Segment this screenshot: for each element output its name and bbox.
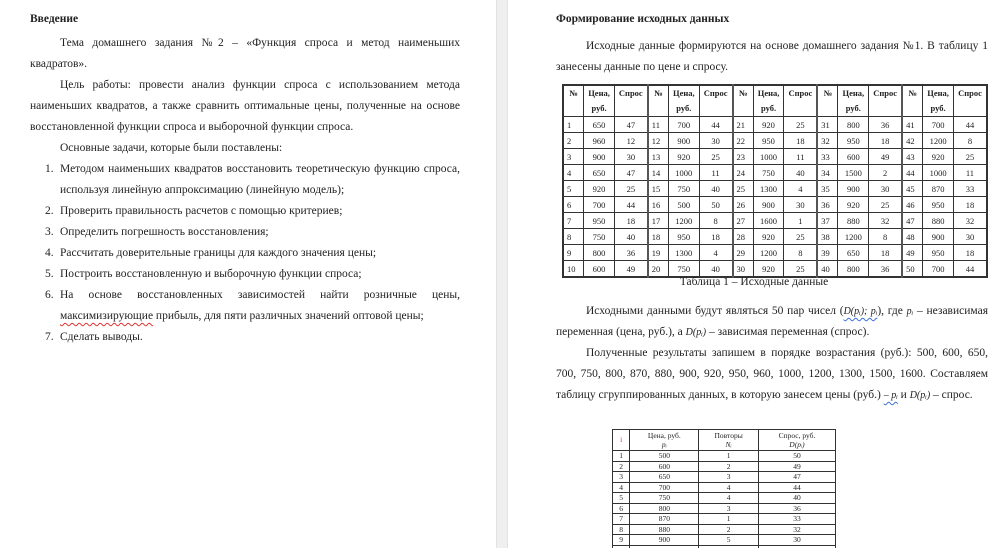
cell-price: 650 bbox=[838, 245, 869, 261]
page-separator bbox=[496, 0, 508, 548]
column-header-demand: Спрос bbox=[699, 85, 732, 117]
section-heading-introduction: Введение bbox=[30, 13, 78, 25]
cell-price: 920 bbox=[753, 117, 784, 133]
cell-number: 3 bbox=[563, 149, 584, 165]
cell-number: 13 bbox=[648, 149, 669, 165]
column-header-demand: Спрос bbox=[953, 85, 987, 117]
paragraph-source-data-intro: Исходные данные формируются на основе до… bbox=[556, 36, 988, 78]
table-cell: 3 bbox=[699, 472, 759, 483]
cell-price: 920 bbox=[753, 229, 784, 245]
cell-price: 900 bbox=[923, 229, 954, 245]
cell-demand: 12 bbox=[614, 133, 647, 149]
table-row: 39003013920252310001133600494392025 bbox=[563, 149, 987, 165]
cell-price: 500 bbox=[668, 197, 699, 213]
cell-demand: 44 bbox=[953, 261, 987, 278]
cell-number: 45 bbox=[902, 181, 923, 197]
task-number: 7. bbox=[45, 327, 54, 348]
table-cell: 600 bbox=[630, 461, 699, 472]
cell-number: 37 bbox=[817, 213, 838, 229]
cell-price: 700 bbox=[668, 117, 699, 133]
cell-demand: 11 bbox=[699, 165, 732, 181]
cell-demand: 36 bbox=[869, 261, 902, 278]
table-cell: 500 bbox=[630, 451, 699, 462]
cell-demand: 50 bbox=[699, 197, 732, 213]
table-row: 2960121290030229501832950184212008 bbox=[563, 133, 987, 149]
cell-demand: 18 bbox=[869, 133, 902, 149]
cell-demand: 47 bbox=[614, 165, 647, 181]
cell-demand: 47 bbox=[614, 117, 647, 133]
cell-demand: 18 bbox=[784, 133, 817, 149]
task-number: 4. bbox=[45, 243, 54, 264]
task-item: 1.Методом наименьших квадратов восстанов… bbox=[30, 159, 460, 201]
paragraph-pairs: Исходными данными будут являться 50 пар … bbox=[556, 301, 988, 343]
cell-demand: 8 bbox=[699, 213, 732, 229]
cell-demand: 25 bbox=[953, 149, 987, 165]
cell-price: 700 bbox=[923, 117, 954, 133]
math-pair: D(pᵢ); pᵢ bbox=[844, 306, 878, 317]
cell-number: 48 bbox=[902, 229, 923, 245]
cell-demand: 30 bbox=[869, 181, 902, 197]
cell-number: 11 bbox=[648, 117, 669, 133]
table-row: 7870133 bbox=[613, 514, 836, 525]
task-text: Построить восстановленную и выборочную ф… bbox=[60, 268, 362, 280]
source-data-table: №Цена, руб.Спрос№Цена, руб.Спрос№Цена, р… bbox=[562, 84, 988, 278]
cell-demand: 49 bbox=[869, 149, 902, 165]
cell-number: 34 bbox=[817, 165, 838, 181]
cell-demand: 30 bbox=[614, 149, 647, 165]
math-price: – pᵢ bbox=[884, 390, 898, 401]
cell-price: 600 bbox=[838, 149, 869, 165]
column-header-demand: Спрос bbox=[614, 85, 647, 117]
cell-demand: 30 bbox=[784, 197, 817, 213]
task-text: Методом наименьших квадратов восстановит… bbox=[60, 163, 460, 196]
task-text: Определить погрешность восстановления; bbox=[60, 226, 269, 238]
cell-price: 1300 bbox=[753, 181, 784, 197]
column-header-price: Цена, руб. bbox=[668, 85, 699, 117]
cell-number: 42 bbox=[902, 133, 923, 149]
cell-number: 23 bbox=[733, 149, 754, 165]
cell-number: 16 bbox=[648, 197, 669, 213]
cell-demand: 4 bbox=[784, 181, 817, 197]
table-cell: 30 bbox=[758, 535, 835, 546]
cell-price: 750 bbox=[753, 165, 784, 181]
cell-demand: 30 bbox=[699, 133, 732, 149]
cell-demand: 18 bbox=[699, 229, 732, 245]
task-number: 5. bbox=[45, 264, 54, 285]
cell-number: 44 bbox=[902, 165, 923, 181]
cell-price: 800 bbox=[584, 245, 615, 261]
task-text: прибыль, для пяти различных значений опт… bbox=[153, 310, 424, 322]
table-row: 465047141000112475040341500244100011 bbox=[563, 165, 987, 181]
column-header-num: № bbox=[648, 85, 669, 117]
table-row: 2600249 bbox=[613, 461, 836, 472]
text: – спрос. bbox=[930, 389, 973, 401]
paragraph-topic: Тема домашнего задания №2 – «Функция спр… bbox=[30, 33, 460, 75]
paragraph-sorted-prices: Полученные результаты запишем в порядке … bbox=[556, 343, 988, 406]
cell-price: 1000 bbox=[668, 165, 699, 181]
table-cell: 2 bbox=[699, 524, 759, 535]
cell-number: 38 bbox=[817, 229, 838, 245]
cell-number: 27 bbox=[733, 213, 754, 229]
table-row: 6700441650050269003036920254695018 bbox=[563, 197, 987, 213]
cell-number: 19 bbox=[648, 245, 669, 261]
cell-price: 1000 bbox=[923, 165, 954, 181]
cell-number: 29 bbox=[733, 245, 754, 261]
column-header: Цена, руб.pᵢ bbox=[630, 430, 699, 451]
cell-number: 22 bbox=[733, 133, 754, 149]
column-header-num: № bbox=[563, 85, 584, 117]
spellcheck-flagged-word[interactable]: максимизирующие bbox=[60, 310, 153, 322]
table-row: 3650347 bbox=[613, 472, 836, 483]
cell-demand: 2 bbox=[869, 165, 902, 181]
cell-number: 15 bbox=[648, 181, 669, 197]
cell-number: 41 bbox=[902, 117, 923, 133]
table-row: 9900530 bbox=[613, 535, 836, 546]
cell-number: 8 bbox=[563, 229, 584, 245]
cell-demand: 8 bbox=[869, 229, 902, 245]
task-item: 2.Проверить правильность расчетов с помо… bbox=[30, 201, 460, 222]
table-row: 9800361913004291200839650184995018 bbox=[563, 245, 987, 261]
cell-number: 31 bbox=[817, 117, 838, 133]
task-item: 3.Определить погрешность восстановления; bbox=[30, 222, 460, 243]
cell-price: 900 bbox=[584, 149, 615, 165]
cell-price: 960 bbox=[584, 133, 615, 149]
task-text: Рассчитать доверительные границы для каж… bbox=[60, 247, 376, 259]
table-cell: 700 bbox=[630, 482, 699, 493]
table-cell: 650 bbox=[630, 472, 699, 483]
text: – зависимая переменная (спрос). bbox=[706, 326, 869, 338]
cell-price: 920 bbox=[584, 181, 615, 197]
cell-price: 950 bbox=[668, 229, 699, 245]
table-row: 1650471170044219202531800364170044 bbox=[563, 117, 987, 133]
cell-number: 26 bbox=[733, 197, 754, 213]
cell-demand: 49 bbox=[614, 261, 647, 278]
cell-demand: 40 bbox=[784, 165, 817, 181]
cell-number: 12 bbox=[648, 133, 669, 149]
task-number: 6. bbox=[45, 285, 54, 306]
cell-demand: 1 bbox=[784, 213, 817, 229]
cell-demand: 8 bbox=[953, 133, 987, 149]
table-row: 6800336 bbox=[613, 503, 836, 514]
cell-number: 10 bbox=[563, 261, 584, 278]
cell-number: 24 bbox=[733, 165, 754, 181]
cell-demand: 30 bbox=[953, 229, 987, 245]
cell-price: 920 bbox=[838, 197, 869, 213]
cell-number: 40 bbox=[817, 261, 838, 278]
column-header-num: № bbox=[733, 85, 754, 117]
cell-number: 32 bbox=[817, 133, 838, 149]
cell-price: 1200 bbox=[753, 245, 784, 261]
table-cell: 2 bbox=[613, 461, 630, 472]
tasks-list: 1.Методом наименьших квадратов восстанов… bbox=[30, 159, 460, 348]
grouped-data-table: iЦена, руб.pᵢПовторыNᵢСпрос, руб.D(pᵢ) 1… bbox=[612, 429, 836, 548]
column-header-price: Цена, руб. bbox=[923, 85, 954, 117]
cell-demand: 40 bbox=[614, 229, 647, 245]
cell-demand: 40 bbox=[699, 181, 732, 197]
cell-price: 950 bbox=[838, 133, 869, 149]
cell-demand: 32 bbox=[953, 213, 987, 229]
column-header-demand: Спрос bbox=[869, 85, 902, 117]
table-cell: 3 bbox=[699, 503, 759, 514]
table-cell: 1 bbox=[699, 514, 759, 525]
cell-number: 7 bbox=[563, 213, 584, 229]
document-page-right: Формирование исходных данных Исходные да… bbox=[508, 0, 1000, 548]
table-row: 4700444 bbox=[613, 482, 836, 493]
cell-price: 800 bbox=[838, 117, 869, 133]
document-page-left: Введение Тема домашнего задания №2 – «Фу… bbox=[0, 0, 496, 548]
table-cell: 4 bbox=[699, 493, 759, 504]
cell-demand: 25 bbox=[869, 197, 902, 213]
cell-demand: 25 bbox=[784, 117, 817, 133]
cell-price: 650 bbox=[584, 165, 615, 181]
cell-demand: 25 bbox=[614, 181, 647, 197]
cell-demand: 25 bbox=[784, 229, 817, 245]
table-cell: 5 bbox=[699, 535, 759, 546]
table-cell: 800 bbox=[630, 503, 699, 514]
table-cell: 3 bbox=[613, 472, 630, 483]
cell-number: 47 bbox=[902, 213, 923, 229]
table-cell: 9 bbox=[613, 535, 630, 546]
column-header-num: № bbox=[817, 85, 838, 117]
column-header-price: Цена, руб. bbox=[584, 85, 615, 117]
table-cell: 36 bbox=[758, 503, 835, 514]
cell-demand: 25 bbox=[784, 261, 817, 278]
text: ), где bbox=[877, 305, 906, 317]
table-row: 10600492075040309202540800365070044 bbox=[563, 261, 987, 278]
cell-price: 600 bbox=[584, 261, 615, 278]
task-text: Проверить правильность расчетов с помощь… bbox=[60, 205, 342, 217]
cell-number: 18 bbox=[648, 229, 669, 245]
cell-number: 9 bbox=[563, 245, 584, 261]
task-number: 2. bbox=[45, 201, 54, 222]
paragraph-tasks-intro: Основные задачи, которые были поставлены… bbox=[30, 138, 460, 159]
cell-price: 900 bbox=[668, 133, 699, 149]
task-text: На основе восстановленных зависимостей н… bbox=[60, 289, 460, 301]
cell-number: 43 bbox=[902, 149, 923, 165]
table-cell: 1 bbox=[613, 451, 630, 462]
cell-number: 35 bbox=[817, 181, 838, 197]
cell-number: 49 bbox=[902, 245, 923, 261]
math-demand: D(pᵢ) bbox=[686, 327, 706, 338]
cell-demand: 4 bbox=[699, 245, 732, 261]
math-demand: D(pᵢ) bbox=[910, 390, 930, 401]
cell-demand: 18 bbox=[869, 245, 902, 261]
cell-demand: 18 bbox=[953, 245, 987, 261]
cell-price: 1600 bbox=[753, 213, 784, 229]
cell-price: 1300 bbox=[668, 245, 699, 261]
table-cell: 6 bbox=[613, 503, 630, 514]
cell-price: 800 bbox=[838, 261, 869, 278]
cell-number: 33 bbox=[817, 149, 838, 165]
cell-price: 750 bbox=[668, 261, 699, 278]
task-text: Сделать выводы. bbox=[60, 331, 143, 343]
cell-price: 1000 bbox=[753, 149, 784, 165]
cell-number: 36 bbox=[817, 197, 838, 213]
cell-price: 900 bbox=[838, 181, 869, 197]
cell-demand: 44 bbox=[953, 117, 987, 133]
text: и bbox=[898, 389, 910, 401]
cell-price: 1200 bbox=[923, 133, 954, 149]
task-item: 7.Сделать выводы. bbox=[30, 327, 460, 348]
cell-price: 1200 bbox=[668, 213, 699, 229]
table-cell: 1 bbox=[699, 451, 759, 462]
cell-price: 950 bbox=[753, 133, 784, 149]
cell-number: 46 bbox=[902, 197, 923, 213]
column-header-price: Цена, руб. bbox=[838, 85, 869, 117]
section-heading-source-data: Формирование исходных данных bbox=[556, 13, 729, 25]
column-header-price: Цена, руб. bbox=[753, 85, 784, 117]
table-row: 8750401895018289202538120084890030 bbox=[563, 229, 987, 245]
cell-price: 920 bbox=[668, 149, 699, 165]
table-caption: Таблица 1 – Исходные данные bbox=[508, 276, 1000, 288]
cell-demand: 36 bbox=[869, 117, 902, 133]
cell-price: 650 bbox=[584, 117, 615, 133]
cell-demand: 44 bbox=[699, 117, 732, 133]
cell-price: 700 bbox=[584, 197, 615, 213]
table-cell: 4 bbox=[699, 482, 759, 493]
table-cell: 49 bbox=[758, 461, 835, 472]
cell-price: 920 bbox=[753, 261, 784, 278]
cell-demand: 36 bbox=[614, 245, 647, 261]
table-row: 5920251575040251300435900304587033 bbox=[563, 181, 987, 197]
cell-number: 28 bbox=[733, 229, 754, 245]
cell-price: 950 bbox=[584, 213, 615, 229]
cell-demand: 8 bbox=[784, 245, 817, 261]
cell-number: 50 bbox=[902, 261, 923, 278]
cell-price: 880 bbox=[838, 213, 869, 229]
cell-number: 1 bbox=[563, 117, 584, 133]
cell-number: 14 bbox=[648, 165, 669, 181]
table-cell: 900 bbox=[630, 535, 699, 546]
table-row: 1500150 bbox=[613, 451, 836, 462]
column-header-num: № bbox=[902, 85, 923, 117]
text: Исходными данными будут являться 50 пар … bbox=[586, 305, 844, 317]
table-row: 7950181712008271600137880324788032 bbox=[563, 213, 987, 229]
table-cell: 50 bbox=[758, 451, 835, 462]
cell-number: 5 bbox=[563, 181, 584, 197]
cell-number: 39 bbox=[817, 245, 838, 261]
task-item: 4.Рассчитать доверительные границы для к… bbox=[30, 243, 460, 264]
task-number: 3. bbox=[45, 222, 54, 243]
cell-demand: 44 bbox=[614, 197, 647, 213]
table-cell: 5 bbox=[613, 493, 630, 504]
table-cell: 4 bbox=[613, 482, 630, 493]
cell-price: 870 bbox=[923, 181, 954, 197]
cell-number: 25 bbox=[733, 181, 754, 197]
task-number: 1. bbox=[45, 159, 54, 180]
cell-price: 750 bbox=[584, 229, 615, 245]
cell-demand: 18 bbox=[953, 197, 987, 213]
cell-demand: 25 bbox=[699, 149, 732, 165]
cell-demand: 18 bbox=[614, 213, 647, 229]
cell-number: 6 bbox=[563, 197, 584, 213]
table-cell: 7 bbox=[613, 514, 630, 525]
cell-price: 920 bbox=[923, 149, 954, 165]
task-item: 6.На основе восстановленных зависимостей… bbox=[30, 285, 460, 327]
cell-price: 950 bbox=[923, 197, 954, 213]
cell-price: 700 bbox=[923, 261, 954, 278]
cell-price: 1200 bbox=[838, 229, 869, 245]
column-header: Спрос, руб.D(pᵢ) bbox=[758, 430, 835, 451]
cell-demand: 11 bbox=[953, 165, 987, 181]
cell-number: 2 bbox=[563, 133, 584, 149]
task-item: 5.Построить восстановленную и выборочную… bbox=[30, 264, 460, 285]
cell-demand: 11 bbox=[784, 149, 817, 165]
paragraph-goal: Цель работы: провести анализ функции спр… bbox=[30, 75, 460, 138]
column-header: i bbox=[613, 430, 630, 451]
cell-number: 21 bbox=[733, 117, 754, 133]
cell-number: 17 bbox=[648, 213, 669, 229]
cell-demand: 33 bbox=[953, 181, 987, 197]
table-cell: 44 bbox=[758, 482, 835, 493]
cell-price: 750 bbox=[668, 181, 699, 197]
cell-price: 900 bbox=[753, 197, 784, 213]
column-header: ПовторыNᵢ bbox=[699, 430, 759, 451]
table-cell: 2 bbox=[699, 461, 759, 472]
cell-price: 1500 bbox=[838, 165, 869, 181]
cell-price: 880 bbox=[923, 213, 954, 229]
table-row: 8880232 bbox=[613, 524, 836, 535]
table-row: 5750440 bbox=[613, 493, 836, 504]
table-cell: 8 bbox=[613, 524, 630, 535]
column-header-demand: Спрос bbox=[784, 85, 817, 117]
cell-demand: 32 bbox=[869, 213, 902, 229]
table-cell: 40 bbox=[758, 493, 835, 504]
cell-number: 30 bbox=[733, 261, 754, 278]
table-cell: 32 bbox=[758, 524, 835, 535]
table-cell: 880 bbox=[630, 524, 699, 535]
table-cell: 47 bbox=[758, 472, 835, 483]
table-cell: 750 bbox=[630, 493, 699, 504]
cell-number: 20 bbox=[648, 261, 669, 278]
cell-demand: 40 bbox=[699, 261, 732, 278]
table-cell: 870 bbox=[630, 514, 699, 525]
table-cell: 33 bbox=[758, 514, 835, 525]
cell-number: 4 bbox=[563, 165, 584, 181]
cell-price: 950 bbox=[923, 245, 954, 261]
